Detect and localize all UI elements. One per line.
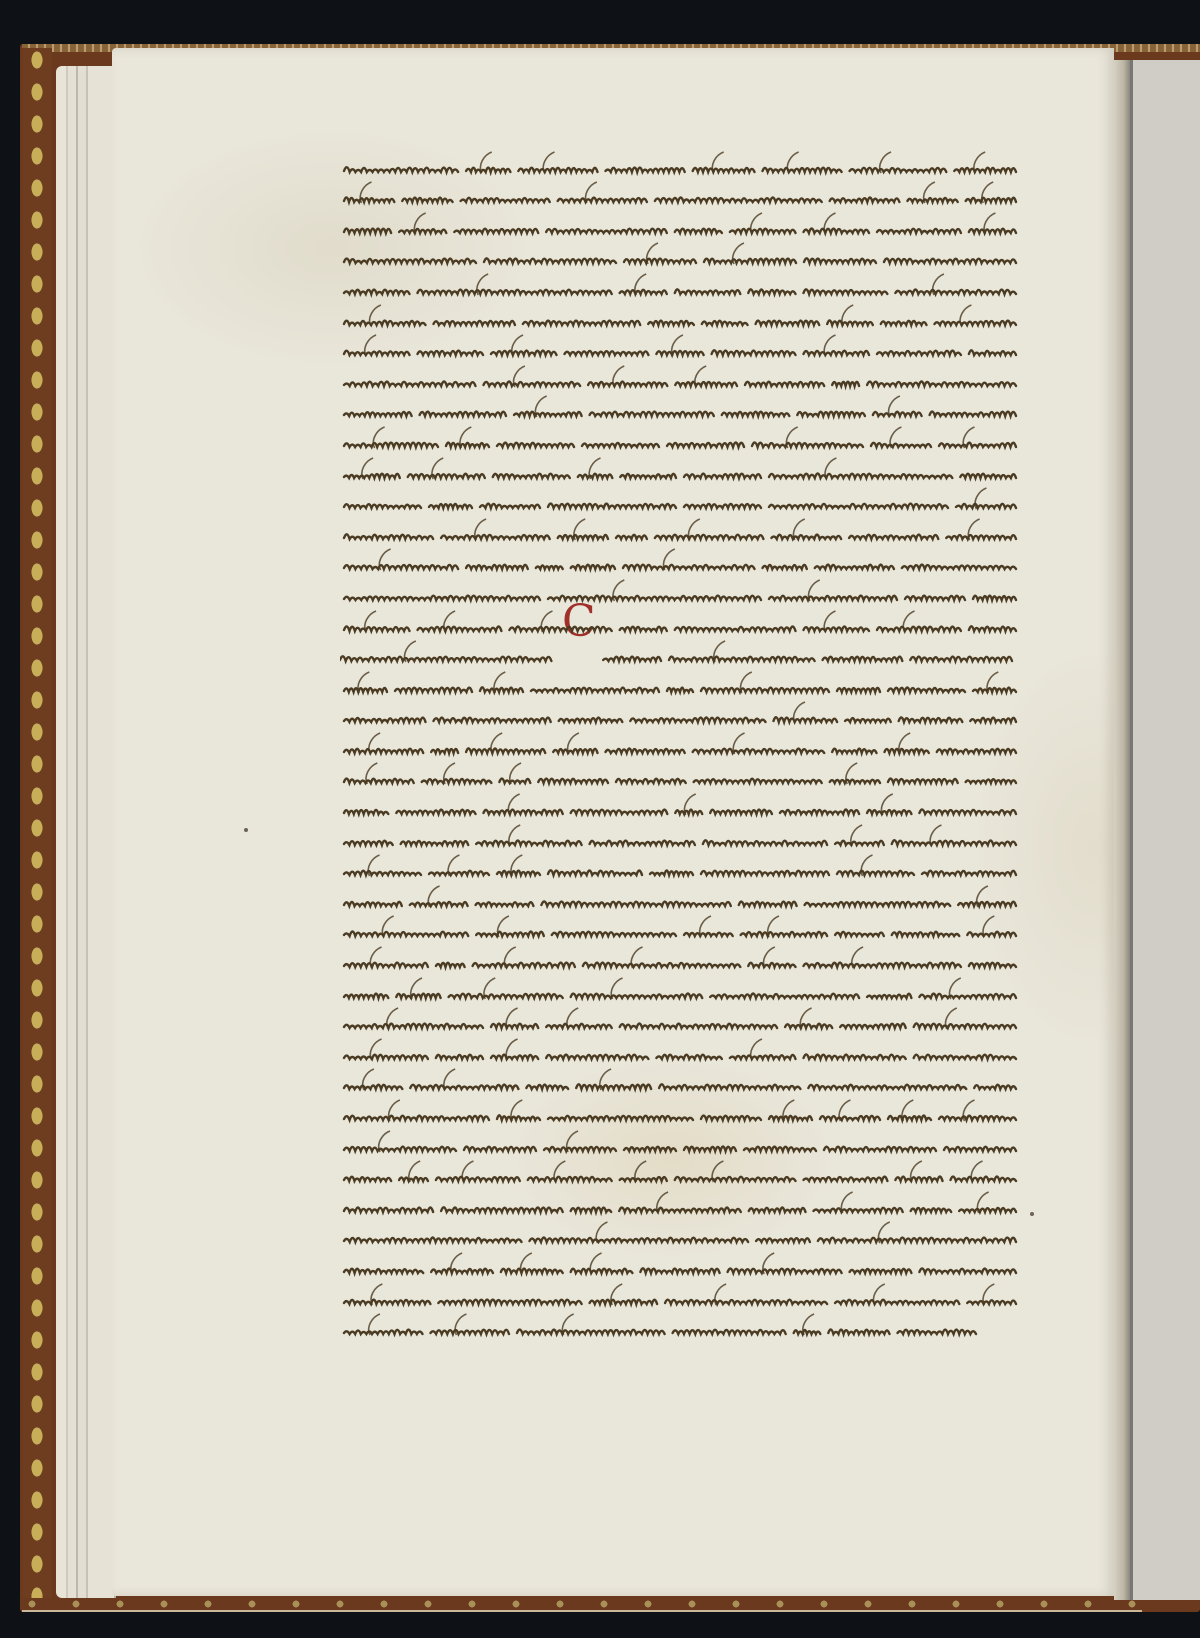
text-line	[340, 670, 1030, 701]
text-line	[340, 1037, 1030, 1068]
text-line	[340, 578, 1030, 609]
text-line	[340, 1098, 1030, 1129]
page-edges	[56, 66, 116, 1598]
text-line	[340, 945, 1030, 976]
text-line	[340, 1251, 1030, 1282]
text-line	[340, 242, 1030, 273]
text-line	[340, 334, 1030, 365]
text-line	[340, 823, 1030, 854]
ink-speck	[244, 828, 248, 832]
facing-page-edge	[1130, 60, 1200, 1600]
text-line	[340, 272, 1030, 303]
text-line	[340, 1190, 1030, 1221]
text-line	[340, 456, 1030, 487]
text-line	[340, 517, 1030, 548]
text-line	[340, 1007, 1030, 1038]
text-line	[340, 792, 1030, 823]
text-line	[340, 884, 1030, 915]
text-line	[340, 150, 1030, 181]
text-line	[340, 854, 1030, 885]
text-line	[340, 762, 1030, 793]
gutter-fold	[1114, 60, 1130, 1600]
text-line	[340, 915, 1030, 946]
text-line	[340, 211, 1030, 242]
text-line	[340, 1313, 1030, 1344]
text-line	[340, 303, 1030, 334]
text-line	[340, 701, 1030, 732]
text-line	[340, 364, 1030, 395]
ink-speck	[1030, 1212, 1034, 1216]
text-line	[340, 731, 1030, 762]
text-line	[340, 1221, 1030, 1252]
text-line	[340, 1160, 1030, 1191]
text-line	[340, 425, 1030, 456]
gilt-edge-bottom	[22, 1598, 1142, 1612]
text-line	[340, 640, 1030, 671]
text-line	[340, 609, 1030, 640]
text-line	[340, 395, 1030, 426]
text-line	[340, 1129, 1030, 1160]
text-line	[340, 1068, 1030, 1099]
text-line	[340, 181, 1030, 212]
text-line	[340, 548, 1030, 579]
text-line	[340, 1282, 1030, 1313]
text-line	[340, 976, 1030, 1007]
gilt-tooling-left	[22, 48, 52, 1608]
text-line	[340, 487, 1030, 518]
handwritten-text-block: C	[340, 150, 1030, 1343]
